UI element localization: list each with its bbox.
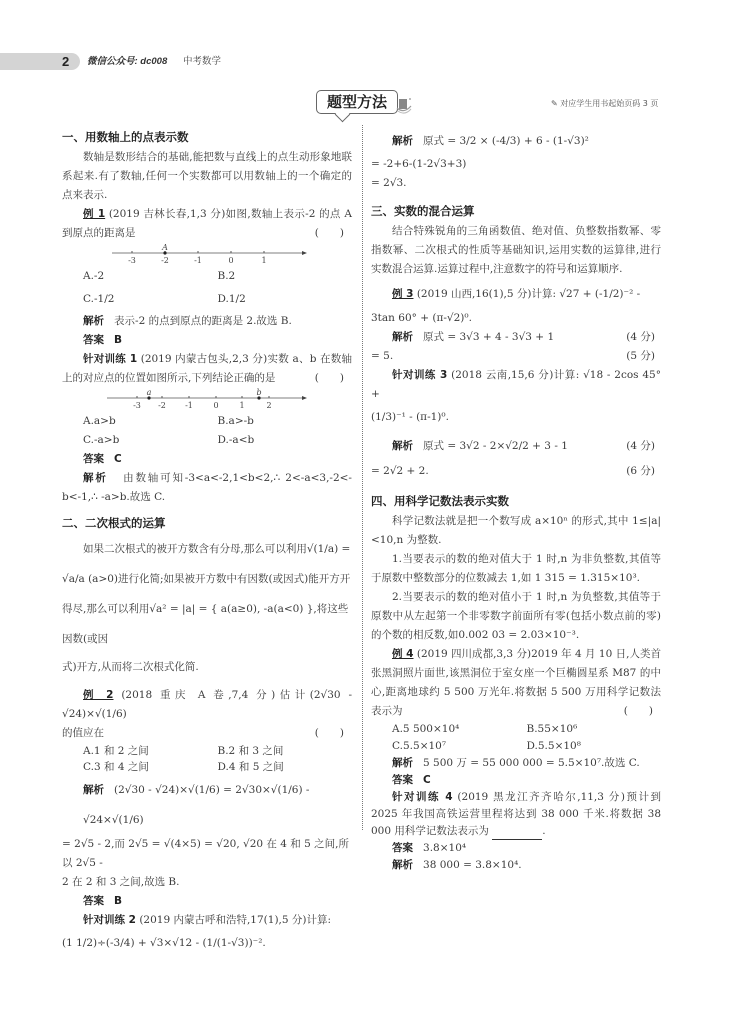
options-row: A.-2 B.2 (62, 267, 352, 286)
number-line-2: -3 -2 -1 0 1 2 a b (62, 388, 352, 412)
options-row: C.5.5×10⁷ D.5.5×10⁸ (371, 738, 661, 755)
svg-text:-3: -3 (133, 401, 141, 410)
example-label: 例 1 (83, 208, 105, 220)
svg-text:-1: -1 (194, 256, 202, 265)
svg-text:-2: -2 (158, 401, 166, 410)
right-column: 解析 原式 = 3/2 × (-4/3) + 6 - (1-√3)² = -2+… (371, 127, 661, 874)
analysis: 解析 (2√30 - √24)×√(1/6) = 2√30×√(1/6) - √… (62, 775, 352, 835)
svg-text:0: 0 (228, 256, 233, 265)
answer: 答案 3.8×10⁴ (371, 840, 661, 857)
section-intro: 数轴是数形结合的基础,能把数与直线上的点生动形象地联系起来.有了数轴,任何一个实… (62, 148, 352, 205)
rule-1: 1.当要表示的数的绝对值大于 1 时,n 为非负整数,其值等于原数中整数部分的位… (371, 550, 661, 588)
options-row: A.1 和 2 之间 B.2 和 3 之间 (62, 743, 352, 759)
svg-text:1: 1 (239, 401, 244, 410)
svg-text:b: b (256, 388, 261, 397)
svg-text:2: 2 (266, 401, 271, 410)
options-row: C.-1/2 D.1/2 (62, 286, 352, 312)
rule-2: 2.当要表示的数的绝对值小于 1 时,n 为负整数,其值等于原数中从左起第一个非… (371, 588, 661, 645)
wechat-label: 微信公众号: dc008 (87, 54, 167, 70)
training-3: 针对训练 3 (2018 云南,15,6 分)计算: √18 - 2cos 45… (371, 366, 661, 404)
analysis: 解析 38 000 = 3.8×10⁴. (371, 857, 661, 874)
svg-text:1: 1 (261, 256, 266, 265)
page-header: 2 微信公众号: dc008 中考数学 (0, 53, 730, 70)
answer: 答案 C (62, 450, 352, 469)
left-column: 一、用数轴上的点表示数 数轴是数形结合的基础,能把数与直线上的点生动形象地联系起… (62, 127, 352, 956)
number-line-1: -3 -2 -1 0 1 A (62, 243, 352, 267)
options-row: A.a>b B.a>-b (62, 412, 352, 431)
page-reference: ✎ 对应学生用书起始页码 3 页 (551, 98, 658, 109)
section-banner: 题型方法 (316, 90, 398, 114)
svg-text:a: a (147, 388, 152, 397)
section-title: 一、用数轴上的点表示数 (62, 129, 352, 145)
analysis: 解析 原式 = 3/2 × (-4/3) + 6 - (1-√3)² (371, 127, 661, 155)
analysis: 解析 5 500 万 = 55 000 000 = 5.5×10⁷.故选 C. (371, 755, 661, 772)
section-intro: 如果二次根式的被开方数含有分母,那么可以利用√(1/a) = (62, 534, 352, 564)
svg-text:A: A (161, 243, 168, 252)
section-title: 二、二次根式的运算 (62, 515, 352, 531)
svg-text:-3: -3 (128, 256, 136, 265)
book-icon (396, 96, 412, 114)
section-title: 四、用科学记数法表示实数 (371, 493, 661, 509)
column-divider (362, 125, 363, 830)
training-2: 针对训练 2 (2019 内蒙古呼和浩特,17(1),5 分)计算: (62, 911, 352, 930)
example-3: 例 3 (2019 山西,16(1),5 分)计算: √27 + (-1/2)⁻… (371, 279, 661, 309)
analysis: 解析 由数轴可知-3<a<-2,1<b<2,∴ 2<-a<3,-2<-b<-1,… (62, 469, 352, 507)
example-4: 例 4 (2019 四川成都,3,3 分)2019 年 4 月 10 日,人类首… (371, 645, 661, 721)
answer-blank (492, 827, 542, 840)
training-1: 针对训练 1 (2019 内蒙古包头,2,3 分)实数 a、b 在数轴上的对应点… (62, 350, 352, 388)
section-title: 三、实数的混合运算 (371, 203, 661, 219)
options-row: C.-a>b D.-a<b (62, 431, 352, 450)
analysis: 解析 原式 = 3√2 - 2×√2/2 + 3 - 1 (4 分) (371, 430, 661, 462)
analysis: 解析 原式 = 3√3 + 4 - 3√3 + 1 (4 分) (371, 328, 661, 347)
svg-text:-1: -1 (185, 401, 193, 410)
page-number: 2 (62, 53, 69, 70)
analysis: 解析 表示-2 的点到原点的距离是 2.故选 B. (62, 312, 352, 331)
example-2: 例 2 (2018 重庆 A 卷,7,4 分)估计(2√30 - √24)×√(… (62, 686, 352, 724)
answer: 答案 B (62, 892, 352, 911)
pencil-circle-icon: ✎ (551, 99, 558, 108)
svg-text:-2: -2 (161, 256, 169, 265)
training-2-expression: (1 1/2)÷(-3/4) + √3×√12 - (1/(1-√3))⁻². (62, 930, 352, 956)
example-1: 例 1 (2019 吉林长春,1,3 分)如图,数轴上表示-2 的点 A 到原点… (62, 205, 352, 243)
svg-text:0: 0 (213, 401, 218, 410)
options-row: C.3 和 4 之间 D.4 和 5 之间 (62, 759, 352, 775)
options-row: A.5 500×10⁴ B.55×10⁶ (371, 721, 661, 738)
answer: 答案 C (371, 772, 661, 789)
section-intro: 结合特殊锐角的三角函数值、绝对值、负整数指数幂、零指数幂、二次根式的性质等基础知… (371, 222, 661, 279)
section-intro: 科学记数法就是把一个数写成 a×10ⁿ 的形式,其中 1≤|a|<10,n 为整… (371, 512, 661, 550)
subject-label: 中考数学 (183, 54, 221, 70)
training-4: 针对训练 4 (2019 黑龙江齐齐哈尔,11,3 分)预计到 2025 年我国… (371, 789, 661, 840)
answer: 答案 B (62, 331, 352, 350)
